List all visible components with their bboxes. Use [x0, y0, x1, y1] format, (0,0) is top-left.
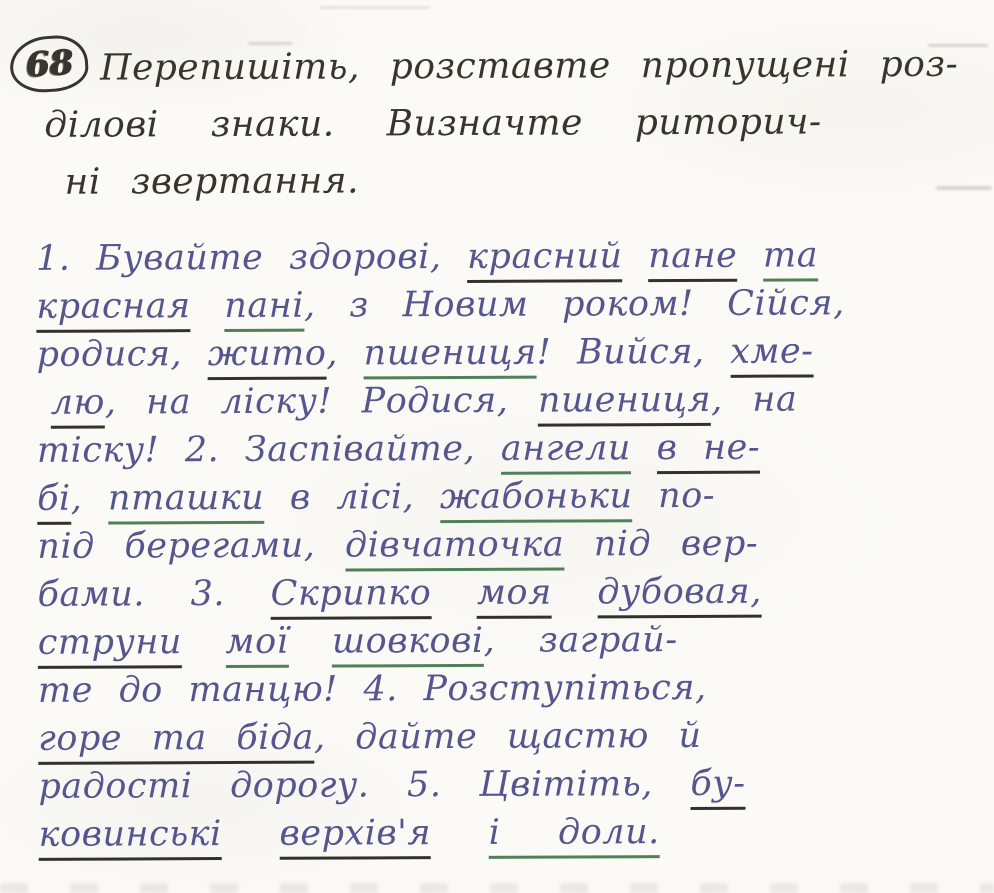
underlined-word: пшениця — [538, 380, 711, 427]
underlined-word: горе та біда — [38, 718, 314, 765]
manuscript-line: під берегами, дівчаточка під вер- — [37, 519, 994, 571]
text-segment: 1. Бувайте здорові, — [36, 237, 467, 282]
manuscript-line: тіску! 2. Заспівайте, ангели в не- — [37, 423, 994, 475]
manuscript-line: красная пані, з Новим роком! Сійся, — [36, 279, 994, 331]
text-segment: , на — [711, 380, 797, 423]
underlined-word: ковинські — [39, 814, 222, 861]
text-segment — [182, 622, 226, 665]
manuscript-line: горе та біда, дайте щастю й — [38, 711, 994, 763]
text-segment: , дайте щастю й — [314, 716, 702, 761]
underlined-word: і доли. — [489, 812, 660, 859]
underlined-word: красная — [36, 286, 191, 333]
text-segment — [288, 622, 332, 665]
text-segment: радості дорогу. 5. Цвітіть, — [38, 764, 690, 810]
text-segment: ! Вийся, — [537, 332, 731, 376]
underlined-word: ангели — [501, 428, 631, 475]
underlined-word: пшениця — [364, 333, 537, 380]
manuscript-line: 1. Бувайте здорові, красний пане та — [36, 231, 994, 283]
manuscript-line: ковинські верхів'я і доли. — [39, 807, 994, 859]
underlined-word: хме- — [730, 331, 813, 377]
underlined-word: жито — [208, 334, 327, 381]
manuscript-line: бами. 3. Скрипко моя дубовая, — [37, 567, 994, 619]
instruction-line: ділові знаки. Визначте риторич- — [0, 93, 994, 154]
text-segment: , з Новим роком! Сійся, — [304, 283, 845, 328]
text-segment: , заграй- — [484, 620, 678, 664]
text-segment — [622, 236, 648, 279]
underlined-word: бі — [37, 479, 71, 525]
underlined-word: Скрипко — [271, 573, 432, 620]
text-segment: тіску! 2. Заспівайте, — [37, 429, 501, 474]
underlined-word: пташки — [108, 478, 264, 525]
text-segment: під вер- — [564, 524, 758, 568]
instruction-line: ні звертання. — [0, 150, 994, 211]
text-segment — [737, 236, 763, 279]
underlined-word: красний — [467, 236, 623, 283]
text-segment — [222, 814, 280, 857]
underlined-word: пані — [224, 286, 304, 332]
manuscript-line: родися, жито, пшениця! Вийся, хме- — [36, 327, 994, 379]
underlined-word: пане — [648, 236, 737, 282]
text-segment: родися, — [36, 334, 207, 378]
underlined-word: моя — [477, 573, 552, 619]
text-segment: , на ліску! Родися, — [105, 381, 538, 426]
text-segment — [552, 572, 598, 615]
task-header: 68 Перепишіть, розставте пропущені роз-д… — [0, 0, 994, 211]
underlined-word: жабоньки — [440, 476, 633, 523]
underlined-word: бу- — [690, 764, 745, 810]
underlined-word: мої — [225, 622, 288, 668]
underlined-word: лю — [51, 383, 105, 429]
text-segment — [431, 813, 489, 856]
text-segment: по- — [632, 476, 715, 519]
text-segment: , — [326, 333, 363, 376]
underlined-word: та — [763, 235, 818, 281]
text-segment: під берегами, — [37, 525, 345, 569]
text-segment — [191, 286, 225, 329]
manuscript-line: те до танцю! 4. Розступіться, — [38, 663, 994, 715]
text-segment: в лісі, — [264, 477, 440, 521]
underlined-word: верхів'я — [279, 813, 431, 860]
manuscript-line: бі, пташки в лісі, жабоньки по- — [37, 471, 994, 523]
manuscript-line: лю, на ліску! Родися, пшениця, на — [51, 375, 994, 427]
text-segment: бами. 3. — [37, 574, 270, 618]
text-segment: , — [71, 479, 108, 522]
underlined-word: струни — [38, 622, 182, 669]
task-instruction: Перепишіть, розставте пропущені роз-діло… — [0, 36, 994, 211]
manuscript-text: 1. Бувайте здорові, красний пане такрасн… — [0, 231, 994, 859]
underlined-word: дівчаточка — [345, 525, 564, 572]
page-bottom-bleedthrough — [0, 883, 994, 893]
manuscript-line: струни мої шовкові, заграй- — [38, 615, 994, 667]
text-segment: те до танцю! 4. Розступіться, — [38, 668, 707, 714]
instruction-line: Перепишіть, розставте пропущені роз- — [0, 36, 994, 97]
text-segment — [431, 573, 477, 616]
notebook-page: 68 Перепишіть, розставте пропущені роз-д… — [0, 0, 994, 893]
underlined-word: в не- — [656, 428, 760, 474]
manuscript-line: радості дорогу. 5. Цвітіть, бу- — [38, 759, 994, 811]
text-segment — [631, 428, 657, 471]
underlined-word: шовкові — [332, 621, 484, 668]
underlined-word: дубовая, — [597, 572, 762, 619]
